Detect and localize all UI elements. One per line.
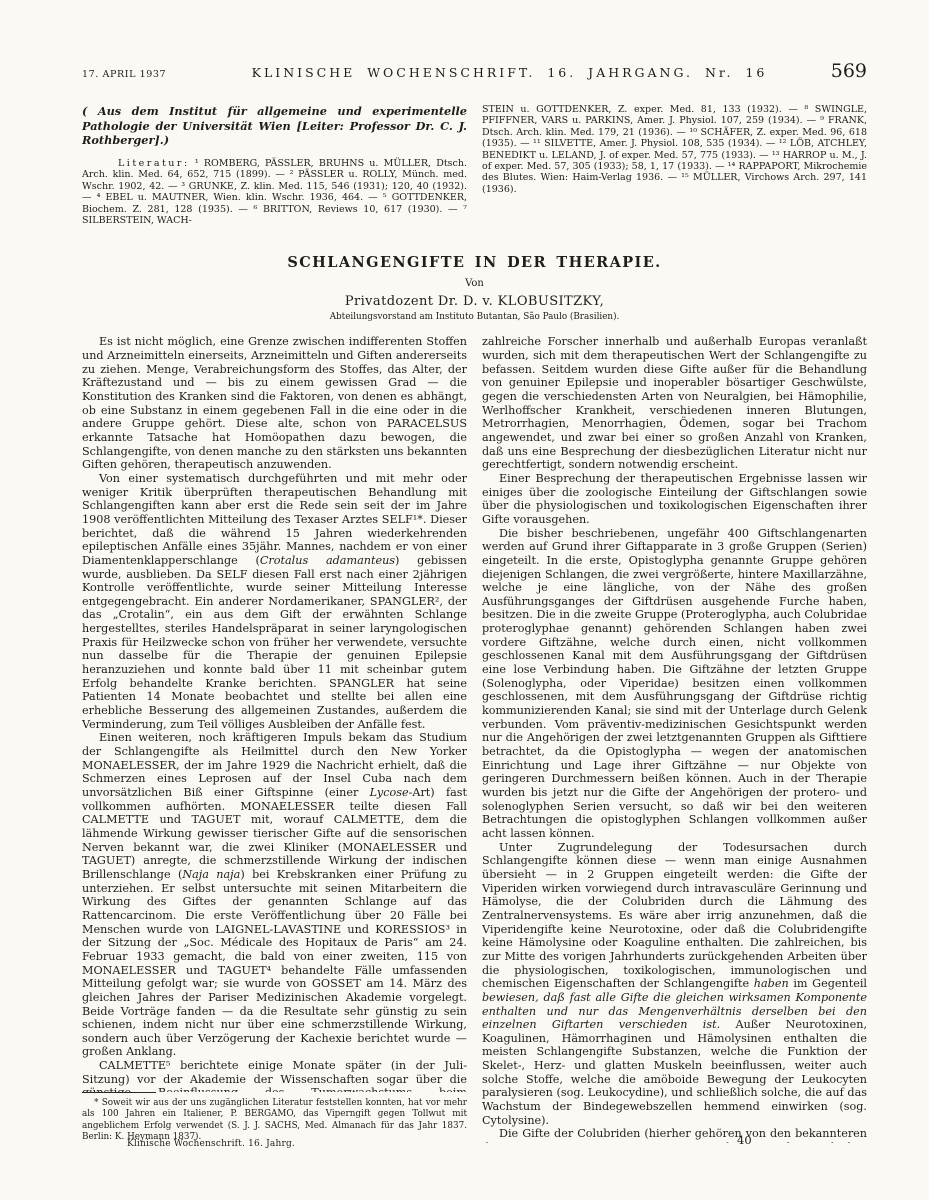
paragraph-left-3-text-cont: -Art) fast vollkommen aufhörten. MONAELE… bbox=[82, 786, 467, 881]
species-name-pseudechis: Pseudechis- bbox=[800, 1141, 867, 1143]
paragraph-left-2: Von einer systematisch durchgeführten un… bbox=[82, 472, 467, 731]
author-name: Privatdozent Dr. D. v. KLOBUSITZKY, bbox=[82, 294, 867, 309]
paragraph-right-3: Die bisher beschriebenen, ungefähr 400 G… bbox=[482, 527, 867, 841]
front-matter: ( Aus dem Institut für allgemeine und ex… bbox=[82, 104, 867, 226]
body-left-column: Es ist nicht möglich, eine Grenze zwisch… bbox=[82, 335, 467, 1143]
article-title-block: SCHLANGENGIFTE IN DER THERAPIE. Von Priv… bbox=[82, 254, 867, 322]
emphasis-haben: haben bbox=[754, 977, 789, 990]
paragraph-right-5-mid: und bbox=[759, 1141, 799, 1143]
footnote-text: * Soweit wir aus der uns zugänglichen Li… bbox=[82, 1098, 467, 1144]
literature-label: Literatur: bbox=[118, 158, 190, 169]
journal-masthead: KLINISCHE WOCHENSCHRIFT. 16. JAHRGANG. N… bbox=[212, 65, 807, 80]
literature-references-left: Literatur: ¹ ROMBERG, PÄSSLER, BRUHNS u.… bbox=[82, 158, 467, 226]
footnote-divider bbox=[82, 1092, 156, 1093]
footnote-block: * Soweit wir aus der uns zugänglichen Li… bbox=[82, 1092, 467, 1144]
front-matter-right-column: STEIN u. GOTTDENKER, Z. exper. Med. 81, … bbox=[482, 104, 867, 226]
institute-note: ( Aus dem Institut für allgemeine und ex… bbox=[82, 104, 467, 148]
author-affiliation: Abteilungsvorstand am Instituto Butantan… bbox=[82, 312, 867, 322]
page-number: 569 bbox=[807, 60, 867, 82]
sheet-signature-number: 40 bbox=[737, 1133, 752, 1147]
paragraph-right-2: Einer Besprechung der therapeutischen Er… bbox=[482, 472, 867, 527]
journal-page: 17. APRIL 1937 KLINISCHE WOCHENSCHRIFT. … bbox=[0, 0, 929, 1200]
species-list-colubrids: Micrurus-, Naja-, Bungarus-, Acanthopis- bbox=[509, 1141, 760, 1143]
paragraph-left-2-text-cont: ) gebissen wurde, ausblieben. Da SELF di… bbox=[82, 554, 467, 731]
body-right-column: zahlreiche Forscher innerhalb und außerh… bbox=[482, 335, 867, 1143]
article-title: SCHLANGENGIFTE IN DER THERAPIE. bbox=[82, 254, 867, 271]
paragraph-left-3-text-end: ) bei Krebskranken einer Prüfung zu unte… bbox=[82, 868, 467, 1059]
paragraph-right-4: Unter Zugrundelegung der Todesursachen d… bbox=[482, 841, 867, 1128]
paragraph-left-2-text: Von einer systematisch durchgeführten un… bbox=[82, 472, 467, 567]
paragraph-right-4-text: Unter Zugrundelegung der Todesursachen d… bbox=[482, 841, 867, 991]
byline-von: Von bbox=[82, 278, 867, 289]
paragraph-right-5: Die Gifte der Colubriden (hierher gehöre… bbox=[482, 1127, 867, 1143]
issue-date: 17. APRIL 1937 bbox=[82, 69, 212, 80]
species-name-lycose: Lycose bbox=[370, 786, 409, 799]
front-matter-left-column: ( Aus dem Institut für allgemeine und ex… bbox=[82, 104, 467, 226]
literature-references-right: STEIN u. GOTTDENKER, Z. exper. Med. 81, … bbox=[482, 104, 867, 195]
article-body: Es ist nicht möglich, eine Grenze zwisch… bbox=[82, 335, 867, 1143]
species-name-naja: Naja naja bbox=[182, 868, 240, 881]
paragraph-right-4-text-end: Außer Neurotoxinen, Koagulinen, Hämorrha… bbox=[482, 1018, 867, 1127]
paragraph-right-1: zahlreiche Forscher innerhalb und außerh… bbox=[482, 335, 867, 472]
paragraph-left-3: Einen weiteren, noch kräftigeren Impuls … bbox=[82, 731, 467, 1059]
species-name-crotalus: Crotalus adamanteus bbox=[260, 554, 395, 567]
literature-text-left: ¹ ROMBERG, PÄSSLER, BRUHNS u. MÜLLER, Dt… bbox=[82, 158, 467, 226]
paragraph-left-1: Es ist nicht möglich, eine Grenze zwisch… bbox=[82, 335, 467, 472]
paragraph-right-4-mid: im Gegenteil bbox=[789, 977, 867, 990]
footer-imprint: Klinische Wochenschrift. 16. Jahrg. bbox=[127, 1139, 295, 1149]
running-header: 17. APRIL 1937 KLINISCHE WOCHENSCHRIFT. … bbox=[82, 60, 867, 82]
